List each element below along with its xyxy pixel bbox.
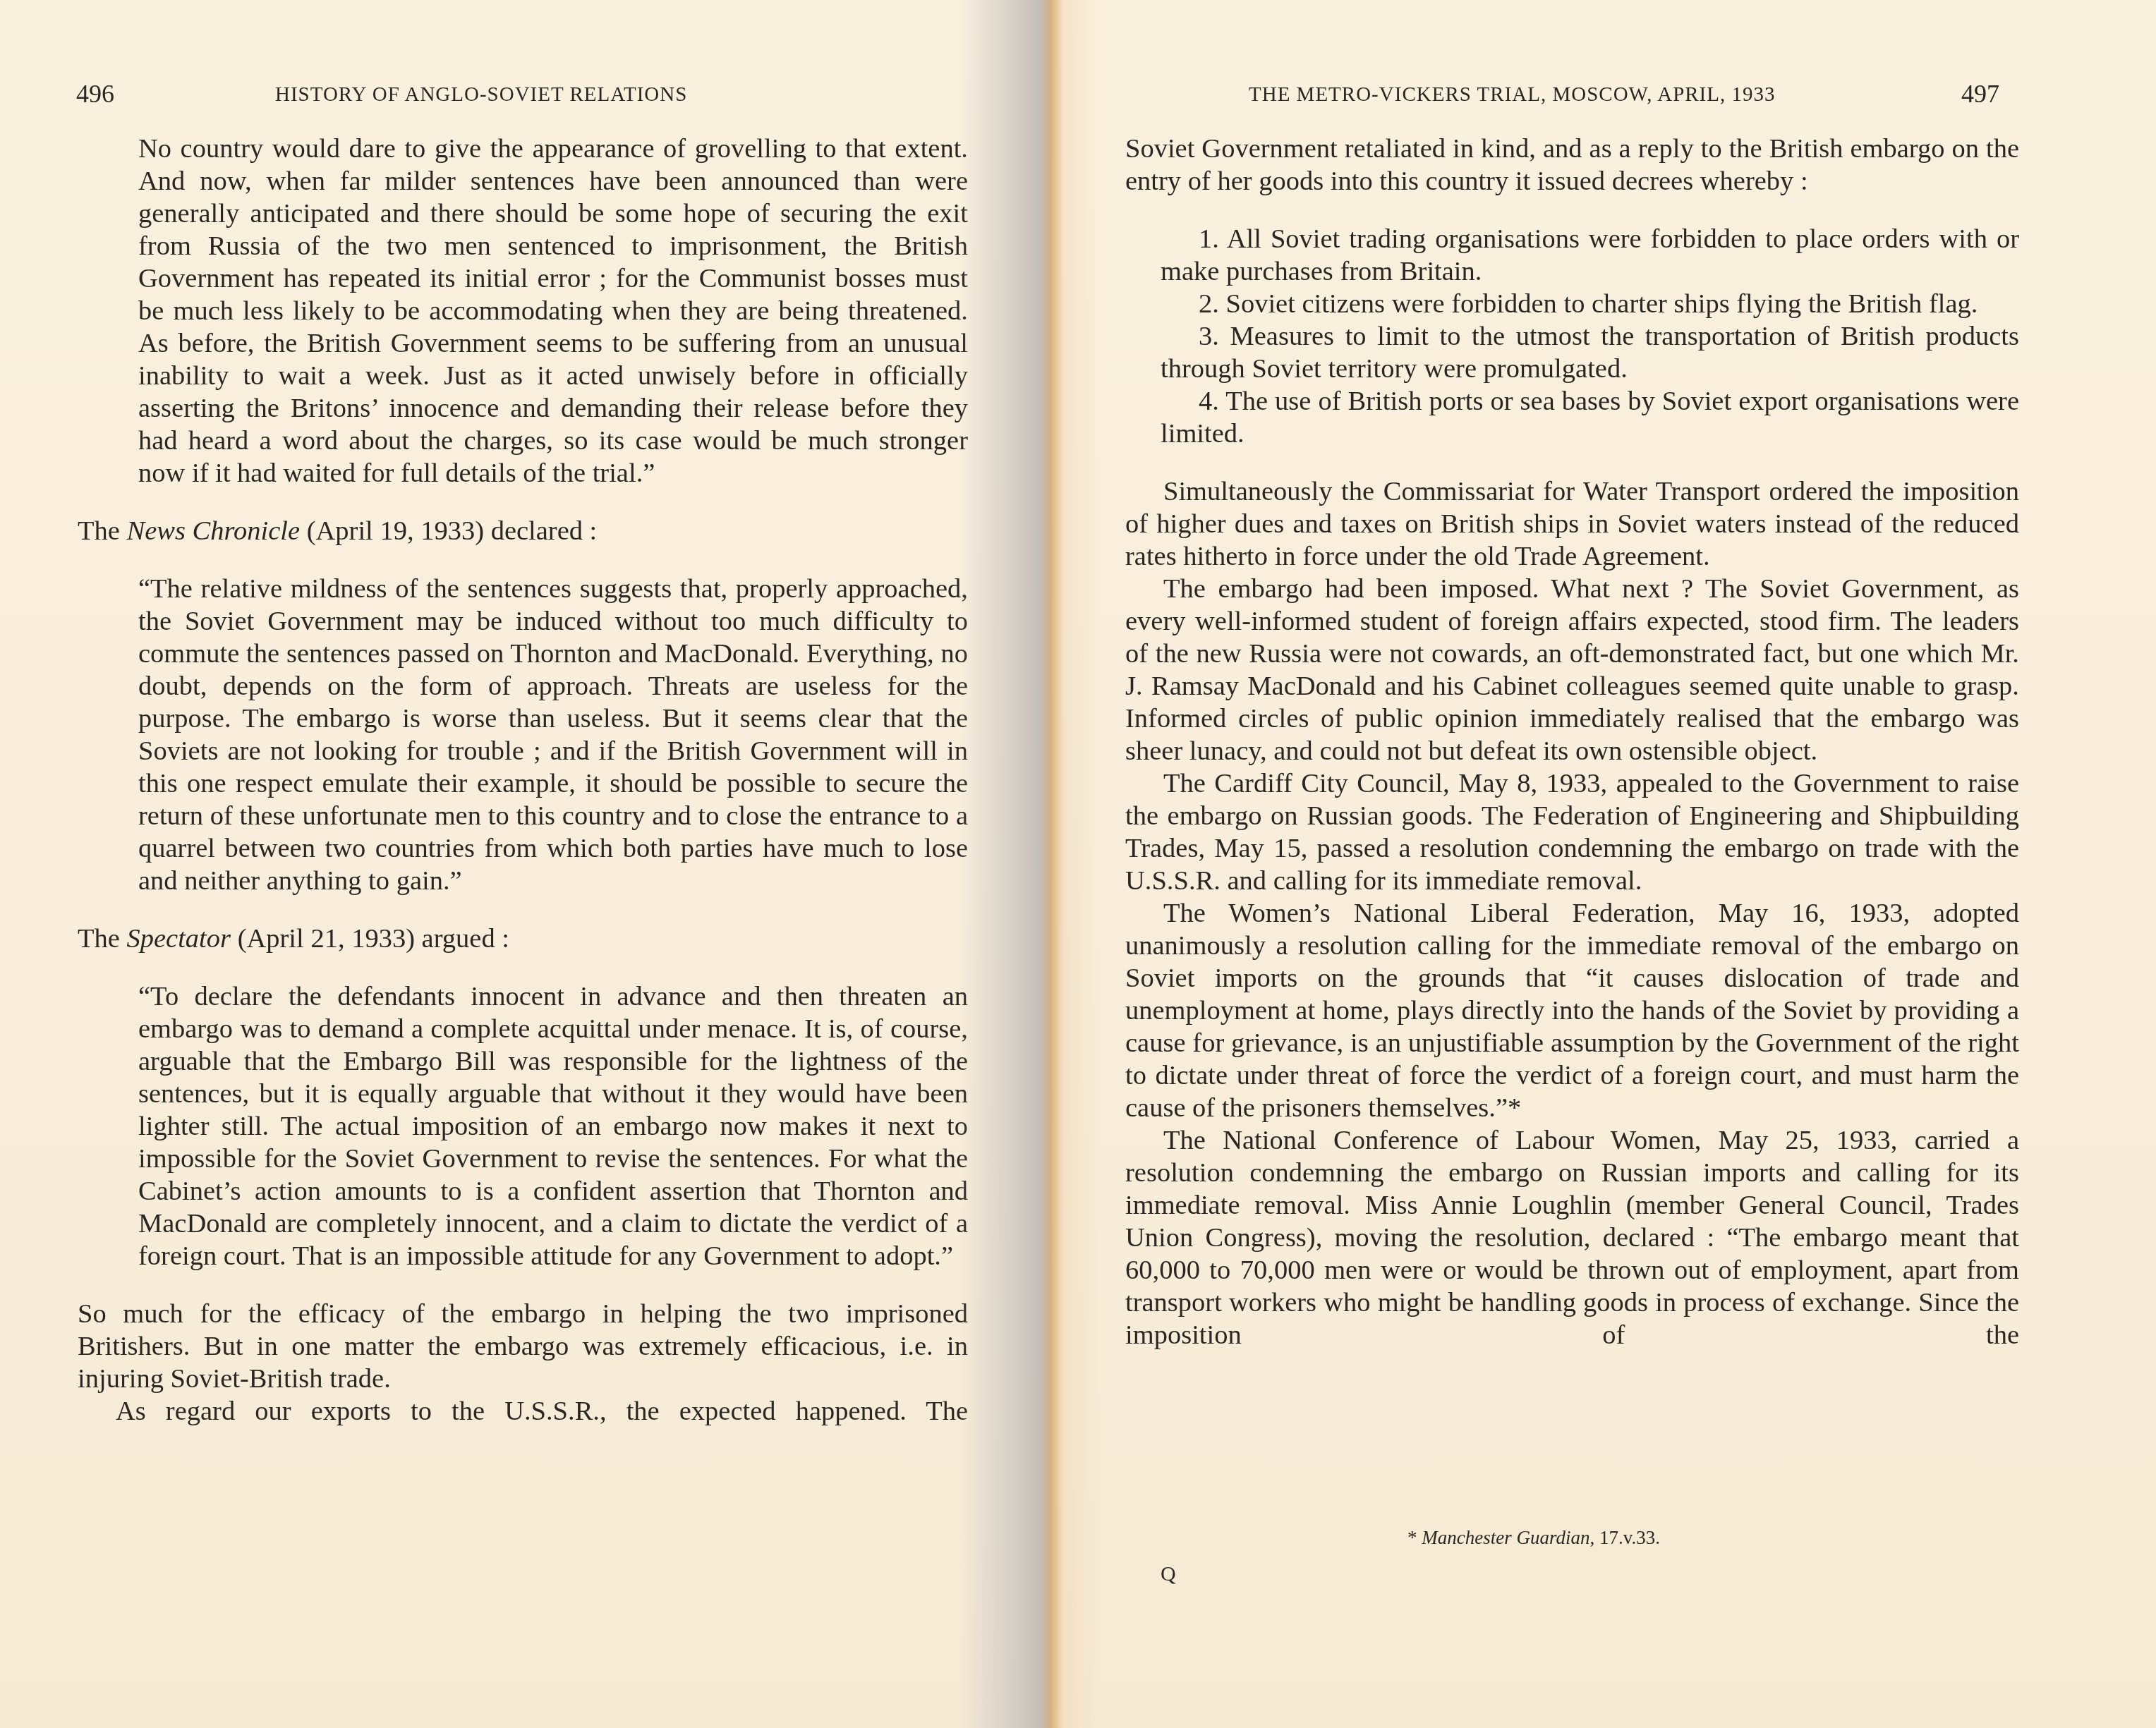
running-head: The Metro-Vickers Trial, Moscow, April, … <box>1249 83 1776 107</box>
right-page: The Metro-Vickers Trial, Moscow, April, … <box>1051 0 2156 1728</box>
footnote-source: Manchester Guardian <box>1422 1527 1589 1548</box>
list-item: 4. The use of British ports or sea bases… <box>1161 385 2019 450</box>
paragraph: The embargo had been imposed. What next … <box>1125 573 2019 767</box>
body-text: Soviet Government retaliated in kind, an… <box>1125 133 2019 1351</box>
left-page: 496 History of Anglo-Soviet Relations No… <box>0 0 1051 1728</box>
paragraph: The Cardiff City Council, May 8, 1933, a… <box>1125 767 2019 897</box>
quote-news-chronicle: “The relative mildness of the sentences … <box>78 573 968 897</box>
page-number: 496 <box>76 79 114 109</box>
decree-list: 1. All Soviet trading organisations were… <box>1125 223 2019 450</box>
paragraph: The Women’s National Liberal Federation,… <box>1125 897 2019 1124</box>
paragraph: The National Conference of Labour Women,… <box>1125 1124 2019 1351</box>
quote-continuation: No country would dare to give the appear… <box>78 133 968 489</box>
paragraph: Simultaneously the Commissariat for Wate… <box>1125 475 2019 573</box>
footnote-marker: * <box>1407 1527 1422 1548</box>
paragraph: Soviet Government retaliated in kind, an… <box>1125 133 2019 197</box>
signature-mark: Q <box>1161 1562 1176 1586</box>
footnote-date: , 17.v.33. <box>1589 1527 1660 1548</box>
source-intro-news-chronicle: The News Chronicle (April 19, 1933) decl… <box>78 515 968 547</box>
paragraph: So much for the efficacy of the embargo … <box>78 1298 968 1395</box>
list-item: 1. All Soviet trading organisations were… <box>1161 223 2019 288</box>
list-item: 2. Soviet citizens were forbidden to cha… <box>1161 288 2019 320</box>
paragraph: As regard our exports to the U.S.S.R., t… <box>78 1395 968 1428</box>
source-intro-spectator: The Spectator (April 21, 1933) argued : <box>78 923 968 955</box>
running-head: History of Anglo-Soviet Relations <box>275 83 687 107</box>
publication-title: Spectator <box>126 924 231 954</box>
body-text: No country would dare to give the appear… <box>78 133 968 1428</box>
page-number: 497 <box>1961 79 1999 109</box>
footnote: * Manchester Guardian, 17.v.33. <box>1407 1527 1660 1549</box>
list-item: 3. Measures to limit to the utmost the t… <box>1161 320 2019 385</box>
book-spread: 496 History of Anglo-Soviet Relations No… <box>0 0 2156 1728</box>
quote-spectator: “To declare the defendants innocent in a… <box>78 980 968 1272</box>
publication-title: News Chronicle <box>126 516 300 546</box>
